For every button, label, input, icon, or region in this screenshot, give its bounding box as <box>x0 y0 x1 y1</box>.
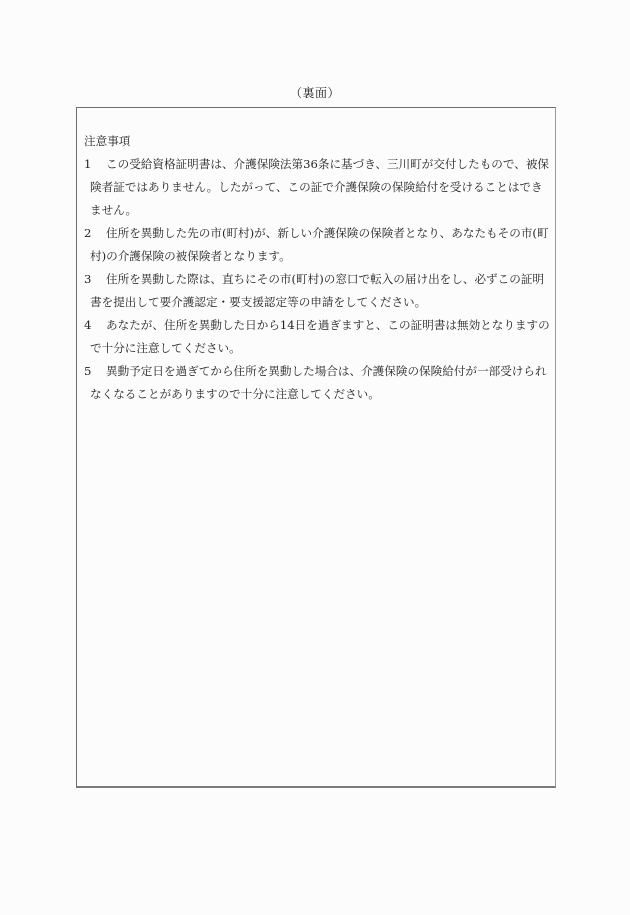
item-text: 住所を異動した際は、直ちにその市(町村)の窓口で転入の届け出をし、必ずこの証明 … <box>106 268 548 314</box>
notice-heading: 注意事項 <box>84 130 548 153</box>
item-line: で十分に注意してください。 <box>90 337 550 360</box>
page-side-label: （裏面） <box>0 84 630 101</box>
item-text: あなたが、住所を異動した日から14日を過ぎますと、この証明書は無効となりますの … <box>106 314 550 360</box>
item-text: 異動予定日を過ぎてから住所を異動した場合は、介護保険の保険給付が一部受けられ な… <box>106 360 548 406</box>
item-line: 書を提出して要介護認定・要支援認定等の申請をしてください。 <box>90 291 548 314</box>
notice-item-3: 3 住所を異動した際は、直ちにその市(町村)の窓口で転入の届け出をし、必ずこの証… <box>84 268 548 314</box>
item-line: 村)の介護保険の被保険者となります。 <box>90 245 549 268</box>
item-line: 住所を異動した際は、直ちにその市(町村)の窓口で転入の届け出をし、必ずこの証明 <box>106 268 548 291</box>
item-line: あなたが、住所を異動した日から14日を過ぎますと、この証明書は無効となりますの <box>106 314 550 337</box>
item-line: この受給資格証明書は、介護保険法第36条に基づき、三川町が交付したもので、被保 <box>106 153 549 176</box>
notice-item-4: 4 あなたが、住所を異動した日から14日を過ぎますと、この証明書は無効となります… <box>84 314 548 360</box>
item-text: 住所を異動した先の市(町村)が、新しい介護保険の保険者となり、あなたもその市(町… <box>106 222 549 268</box>
item-line: なくなることがありますので十分に注意してください。 <box>90 383 548 406</box>
notice-item-2: 2 住所を異動した先の市(町村)が、新しい介護保険の保険者となり、あなたもその市… <box>84 222 548 268</box>
notice-box: 注意事項 1 この受給資格証明書は、介護保険法第36条に基づき、三川町が交付した… <box>76 107 556 788</box>
notice-item-5: 5 異動予定日を過ぎてから住所を異動した場合は、介護保険の保険給付が一部受けられ… <box>84 360 548 406</box>
item-line: 異動予定日を過ぎてから住所を異動した場合は、介護保険の保険給付が一部受けられ <box>106 360 548 383</box>
item-line: 険者証ではありません。したがって、この証で介護保険の保険給付を受けることはでき <box>90 176 549 199</box>
item-line: 住所を異動した先の市(町村)が、新しい介護保険の保険者となり、あなたもその市(町 <box>106 222 549 245</box>
item-text: この受給資格証明書は、介護保険法第36条に基づき、三川町が交付したもので、被保 … <box>106 153 549 222</box>
item-line: ません。 <box>90 199 549 222</box>
notice-item-1: 1 この受給資格証明書は、介護保険法第36条に基づき、三川町が交付したもので、被… <box>84 153 548 222</box>
notice-content: 注意事項 1 この受給資格証明書は、介護保険法第36条に基づき、三川町が交付した… <box>84 130 548 406</box>
